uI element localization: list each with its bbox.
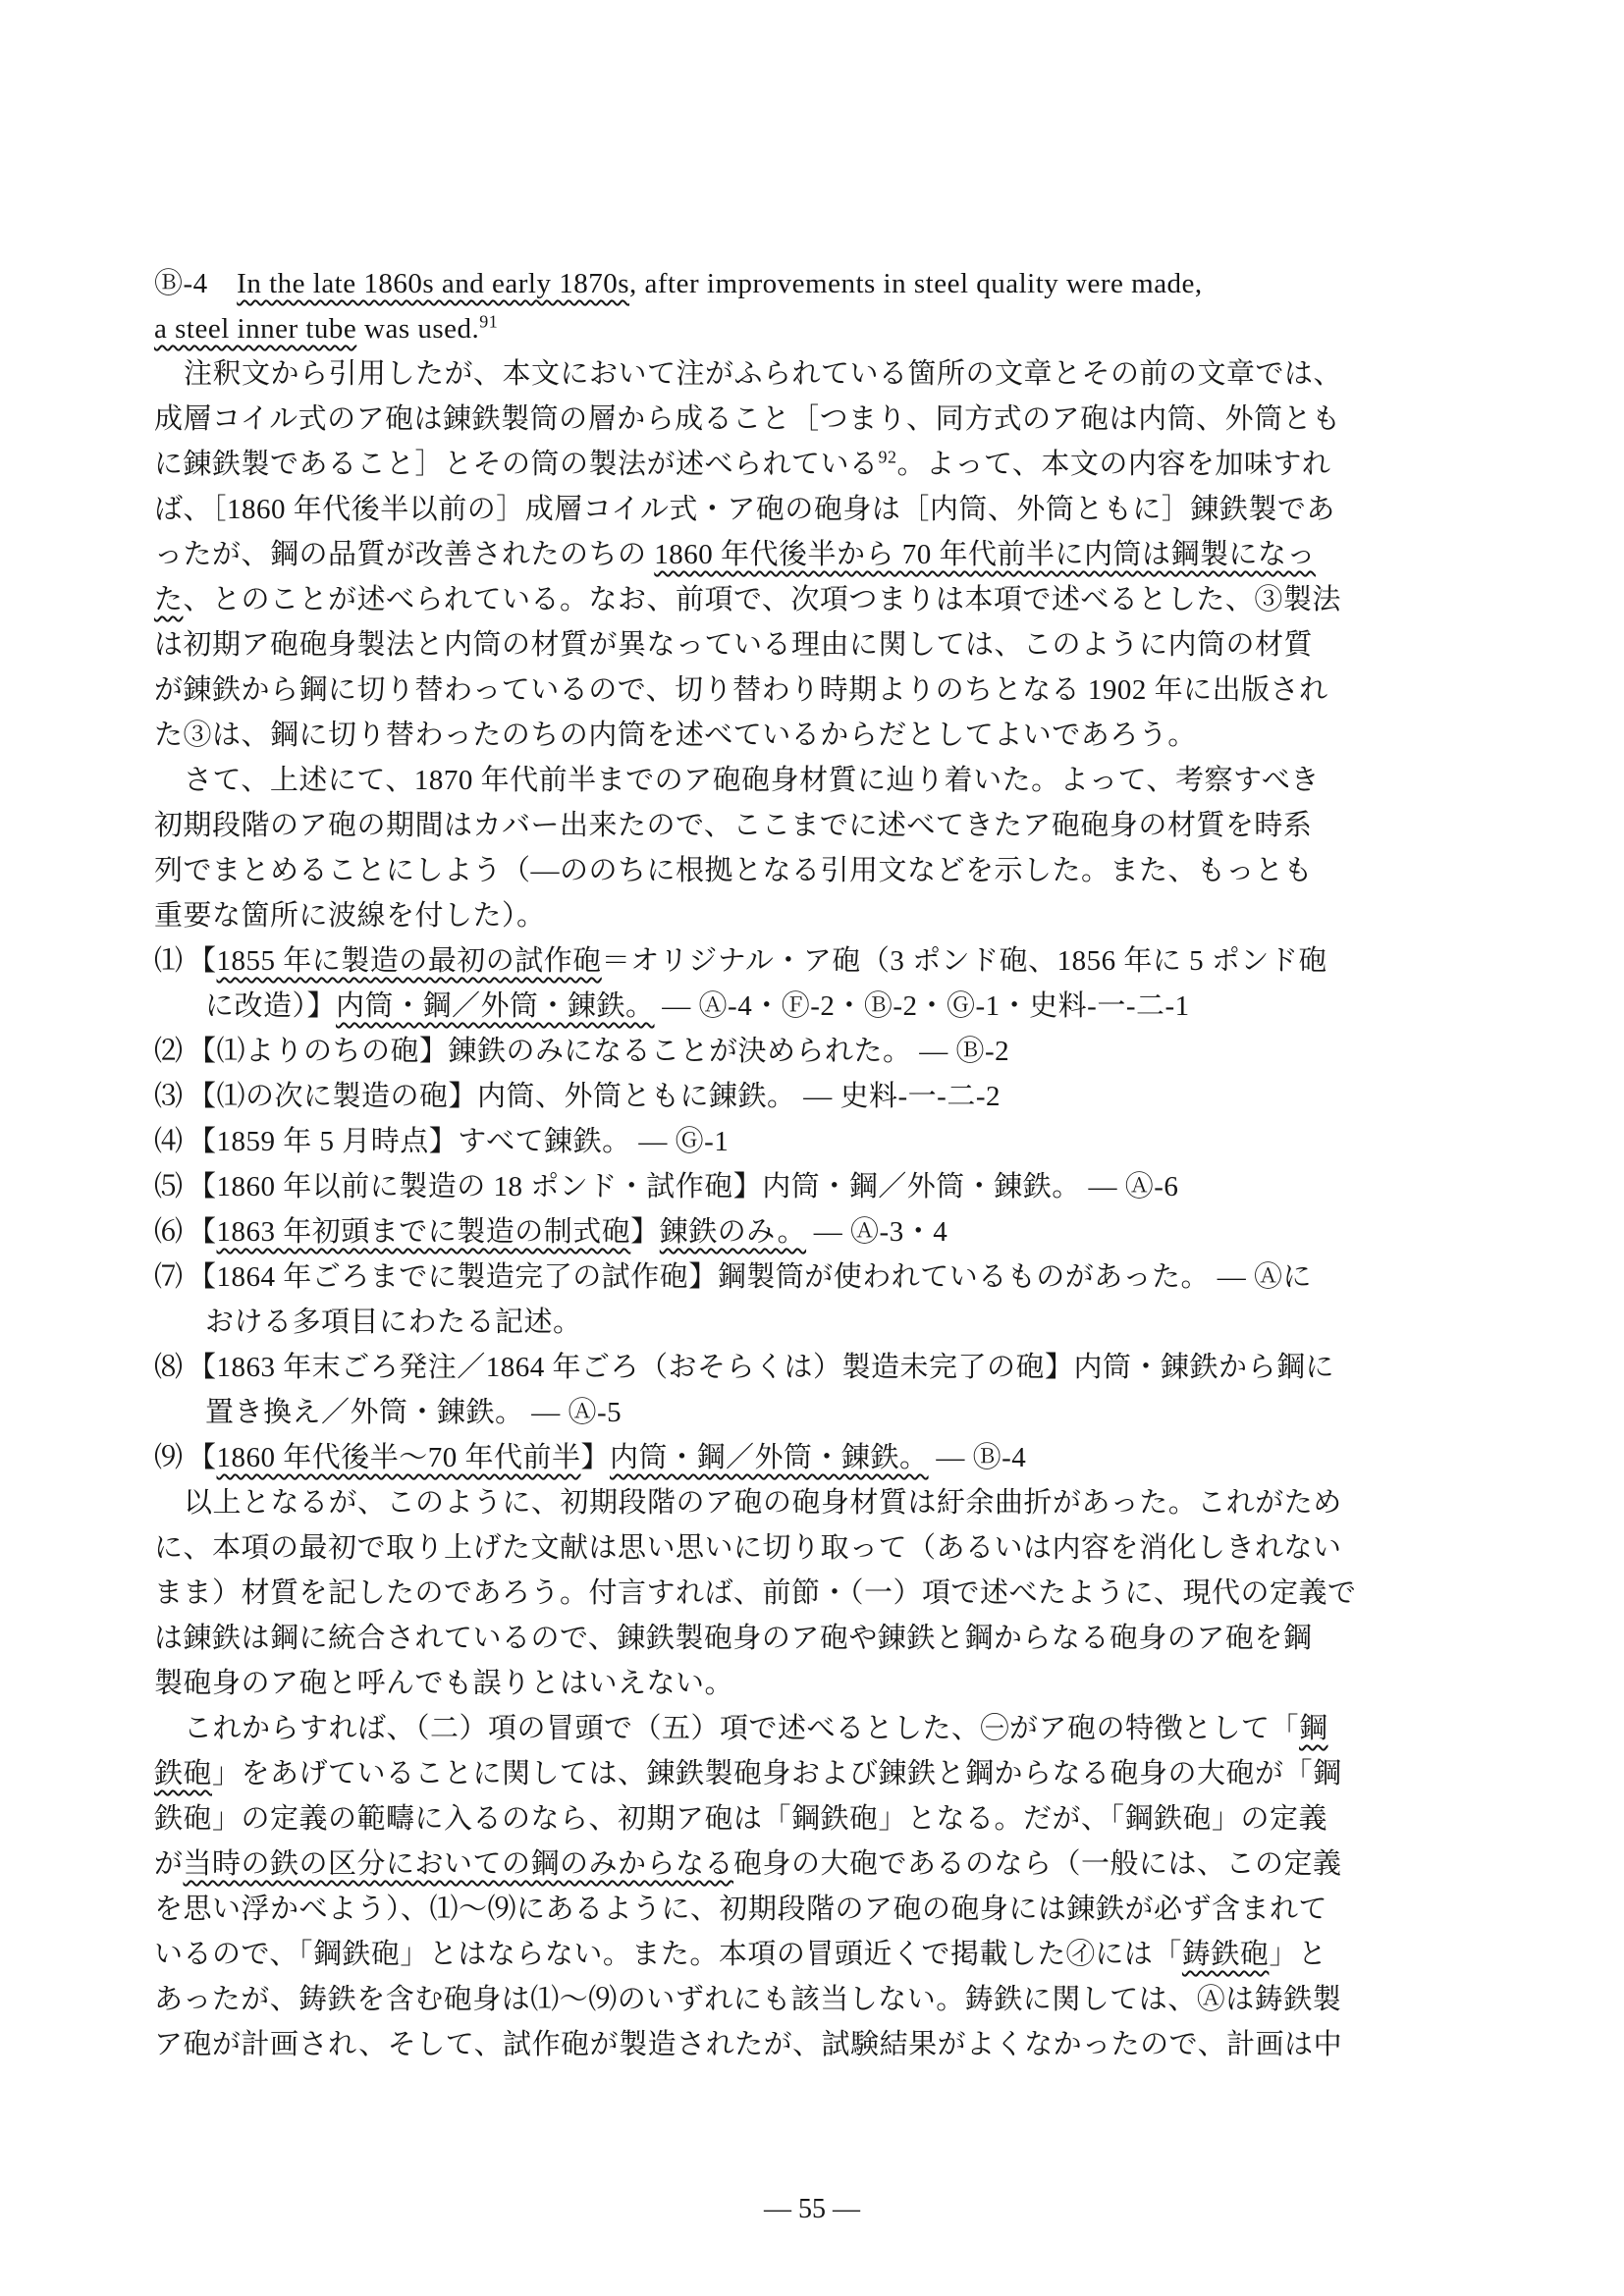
text-segment: これからすれば、（二）項の冒頭で（五）項で述べるとした、㊀がア砲の特徴として「 xyxy=(184,1713,1299,1744)
wavy-underlined-text: 錬鉄のみ。 xyxy=(660,1216,806,1248)
text-segment: 。よって、本文の内容を加味すれ xyxy=(896,449,1330,480)
text-line: を思い浮かべよう）、⑴～⑼にあるように、初期段階のア砲の砲身には錬鉄が必ず含まれ… xyxy=(154,1887,1489,1932)
wavy-underlined-text: In the late 1860s and early 1870s xyxy=(237,268,629,299)
text-segment: が錬鉄から鋼に切り替わっているので、切り替わり時期よりのちとなる 1902 年に… xyxy=(154,674,1328,706)
text-line: 置き換え／外筒・錬鉄。 ― Ⓐ-5 xyxy=(154,1390,1489,1435)
text-segment: 【 xyxy=(188,1216,217,1248)
text-segment: ― Ⓑ-4 xyxy=(929,1442,1027,1473)
text-segment: Ⓑ-4 xyxy=(154,268,237,299)
text-segment: が xyxy=(154,1848,184,1880)
text-segment: まま）材質を記したのであろう。付言すれば、前節・（一）項で述べたように、現代の定… xyxy=(154,1577,1357,1609)
list-item-number: ⑵ xyxy=(154,1029,188,1074)
text-segment: 【⑴よりのちの砲】錬鉄のみになることが決められた。 ― Ⓑ-2 xyxy=(188,1036,1009,1067)
list-item-number: ⑶ xyxy=(154,1074,188,1119)
text-segment: に錬鉄製であること］とその筒の製法が述べられている xyxy=(154,449,879,480)
wavy-underlined-text: 鋳鉄砲 xyxy=(1182,1939,1270,1970)
text-segment: あったが、鋳鉄を含む砲身は⑴～⑼のいずれにも該当しない。鋳鉄に関しては、Ⓐは鋳鉄… xyxy=(154,1984,1341,2015)
footnote-reference: 92 xyxy=(879,447,897,466)
list-item-number: ⑷ xyxy=(154,1119,188,1164)
text-segment: は初期ア砲砲身製法と内筒の材質が異なっている理由に関しては、このように内筒の材質 xyxy=(154,629,1313,661)
text-segment: 、とのことが述べられている。なお、前項で、次項つまりは本項で述べるとした、③製法 xyxy=(184,584,1341,615)
text-line: a steel inner tube was used.91 xyxy=(154,306,1489,351)
text-line: いるので、「鋼鉄砲」とはならない。また。本項の冒頭近くで掲載した㋑には「鋳鉄砲」… xyxy=(154,1932,1489,1977)
text-line: が錬鉄から鋼に切り替わっているので、切り替わり時期よりのちとなる 1902 年に… xyxy=(154,667,1489,713)
text-segment: 列でまとめることにしよう（―ののちに根拠となる引用文などを示した。また、もっとも xyxy=(154,855,1313,886)
text-segment: 【1864 年ごろまでに製造完了の試作砲】鋼製筒が使われているものがあった。 ―… xyxy=(188,1261,1312,1293)
text-segment: ア砲が計画され、そして、試作砲が製造されたが、試験結果がよくなかったので、計画は… xyxy=(154,2029,1342,2060)
document-page: Ⓑ-4 In the late 1860s and early 1870s, a… xyxy=(0,0,1624,2296)
text-line: に錬鉄製であること］とその筒の製法が述べられている92。よって、本文の内容を加味… xyxy=(154,442,1489,487)
text-line: 初期段階のア砲の期間はカバー出来たので、ここまでに述べてきたア砲砲身の材質を時系 xyxy=(154,803,1489,848)
text-segment: いるので、「鋼鉄砲」とはならない。また。本項の冒頭近くで掲載した㋑には「 xyxy=(154,1939,1182,1970)
list-item-line: ⑸【1860 年以前に製造の 18 ポンド・試作砲】内筒・鋼／外筒・錬鉄。 ― … xyxy=(154,1164,1489,1209)
text-segment: ＝オリジナル・ア砲（3 ポンド砲、1856 年に 5 ポンド砲 xyxy=(602,945,1327,977)
text-line: まま）材質を記したのであろう。付言すれば、前節・（一）項で述べたように、現代の定… xyxy=(154,1571,1489,1616)
document-body: Ⓑ-4 In the late 1860s and early 1870s, a… xyxy=(154,261,1489,2067)
text-segment: , after improvements in steel quality we… xyxy=(629,268,1203,299)
text-line: に改造）】内筒・鋼／外筒・錬鉄。 ― Ⓐ-4・Ⓕ-2・Ⓑ-2・Ⓖ-1・史料-一-… xyxy=(154,984,1489,1029)
text-line: は初期ア砲砲身製法と内筒の材質が異なっている理由に関しては、このように内筒の材質 xyxy=(154,622,1489,667)
list-item-number: ⑺ xyxy=(154,1255,188,1300)
text-line: 注釈文から引用したが、本文において注がふられている箇所の文章とその前の文章では、 xyxy=(154,351,1489,397)
text-segment: 砲身の大砲であるのなら（一般には、この定義 xyxy=(733,1848,1342,1880)
text-segment: 鉄砲」の定義の範疇に入るのなら、初期ア砲は「鋼鉄砲」となる。だが、「鋼鉄砲」の定… xyxy=(154,1803,1327,1835)
text-segment: 【1863 年末ごろ発注／1864 年ごろ（おそらくは）製造未完了の砲】内筒・錬… xyxy=(188,1352,1334,1383)
text-line: は錬鉄は鋼に統合されているので、錬鉄製砲身のア砲や錬鉄と鋼からなる砲身のア砲を鋼 xyxy=(154,1616,1489,1661)
text-line: これからすれば、（二）項の冒頭で（五）項で述べるとした、㊀がア砲の特徴として「鋼 xyxy=(154,1706,1489,1751)
list-item-number: ⑴ xyxy=(154,938,188,984)
text-segment: was used. xyxy=(356,313,479,345)
text-segment: 【1859 年 5 月時点】すべて錬鉄。 ― Ⓖ-1 xyxy=(188,1126,729,1157)
text-segment: 【1860 年以前に製造の 18 ポンド・試作砲】内筒・鋼／外筒・錬鉄。 ― Ⓐ… xyxy=(188,1171,1178,1202)
text-segment: 注釈文から引用したが、本文において注がふられている箇所の文章とその前の文章では、 xyxy=(184,358,1342,390)
wavy-underlined-text: た xyxy=(154,584,184,615)
wavy-underlined-text: a steel inner tube xyxy=(154,313,356,345)
wavy-underlined-text: 1855 年に製造の最初の試作砲 xyxy=(217,945,602,977)
wavy-underlined-text: 当時の鉄の区分においての鋼のみからなる xyxy=(184,1848,734,1880)
list-item-line: ⑷【1859 年 5 月時点】すべて錬鉄。 ― Ⓖ-1 xyxy=(154,1119,1489,1164)
text-segment: 」をあげていることに関しては、錬鉄製砲身および錬鉄と鋼からなる砲身の大砲が「鋼 xyxy=(212,1758,1342,1789)
text-segment: おける多項目にわたる記述。 xyxy=(205,1307,582,1338)
text-segment: 】 xyxy=(581,1442,611,1473)
text-segment: は錬鉄は鋼に統合されているので、錬鉄製砲身のア砲や錬鉄と鋼からなる砲身のア砲を鋼 xyxy=(154,1623,1312,1654)
text-segment: 」と xyxy=(1269,1939,1326,1970)
list-item-line: ⑶【⑴の次に製造の砲】内筒、外筒ともに錬鉄。 ― 史料-一-二-2 xyxy=(154,1074,1489,1119)
wavy-underlined-text: 1860 年代後半～70 年代前半 xyxy=(217,1442,581,1473)
text-line: に、本項の最初で取り上げた文献は思い思いに切り取って（あるいは内容を消化しきれな… xyxy=(154,1525,1489,1571)
wavy-underlined-text: 内筒・鋼／外筒・錬鉄。 xyxy=(336,990,655,1022)
text-line: 鉄砲」をあげていることに関しては、錬鉄製砲身および錬鉄と鋼からなる砲身の大砲が「… xyxy=(154,1751,1489,1796)
list-item-number: ⑸ xyxy=(154,1164,188,1209)
text-line: た③は、鋼に切り替わったのちの内筒を述べているからだとしてよいであろう。 xyxy=(154,713,1489,758)
wavy-underlined-text: 鉄砲 xyxy=(154,1758,212,1789)
text-line: た、とのことが述べられている。なお、前項で、次項つまりは本項で述べるとした、③製… xyxy=(154,577,1489,622)
text-segment: 製砲身のア砲と呼んでも誤りとはいえない。 xyxy=(154,1668,733,1699)
footnote-reference: 91 xyxy=(479,311,498,331)
text-segment: ば、［1860 年代後半以前の］成層コイル式・ア砲の砲身は［内筒、外筒ともに］錬… xyxy=(154,494,1335,525)
text-line: Ⓑ-4 In the late 1860s and early 1870s, a… xyxy=(154,261,1489,306)
list-item-line: ⑹【1863 年初頭までに製造の制式砲】錬鉄のみ。 ― Ⓐ-3・4 xyxy=(154,1209,1489,1255)
text-segment: 【 xyxy=(188,1442,217,1473)
list-item-line: ⑺【1864 年ごろまでに製造完了の試作砲】鋼製筒が使われているものがあった。 … xyxy=(154,1255,1489,1300)
text-line: おける多項目にわたる記述。 xyxy=(154,1300,1489,1345)
text-line: ば、［1860 年代後半以前の］成層コイル式・ア砲の砲身は［内筒、外筒ともに］錬… xyxy=(154,487,1489,532)
text-line: 成層コイル式のア砲は錬鉄製筒の層から成ること［つまり、同方式のア砲は内筒、外筒と… xyxy=(154,397,1489,442)
list-item-number: ⑻ xyxy=(154,1345,188,1390)
wavy-underlined-text: 1860 年代後半から 70 年代前半に内筒は鋼製になっ xyxy=(654,539,1316,570)
text-segment: ったが、鋼の品質が改善されたのちの xyxy=(154,539,654,570)
list-item-line: ⑼【1860 年代後半～70 年代前半】内筒・鋼／外筒・錬鉄。 ― Ⓑ-4 xyxy=(154,1435,1489,1480)
text-segment: 】 xyxy=(630,1216,660,1248)
text-line: ア砲が計画され、そして、試作砲が製造されたが、試験結果がよくなかったので、計画は… xyxy=(154,2022,1489,2067)
text-segment: 【⑴の次に製造の砲】内筒、外筒ともに錬鉄。 ― 史料-一-二-2 xyxy=(188,1081,1001,1112)
page-number: ― 55 ― xyxy=(0,2187,1624,2232)
wavy-underlined-text: 鋼 xyxy=(1299,1713,1328,1744)
text-line: 以上となるが、このように、初期段階のア砲の砲身材質は紆余曲折があった。これがため xyxy=(154,1480,1489,1525)
text-segment: た③は、鋼に切り替わったのちの内筒を述べているからだとしてよいであろう。 xyxy=(154,720,1197,751)
text-segment: 成層コイル式のア砲は錬鉄製筒の層から成ること［つまり、同方式のア砲は内筒、外筒と… xyxy=(154,403,1341,435)
list-item-line: ⑻【1863 年末ごろ発注／1864 年ごろ（おそらくは）製造未完了の砲】内筒・… xyxy=(154,1345,1489,1390)
text-line: が当時の鉄の区分においての鋼のみからなる砲身の大砲であるのなら（一般には、この定… xyxy=(154,1842,1489,1887)
text-line: 重要な箇所に波線を付した）。 xyxy=(154,893,1489,938)
text-segment: さて、上述にて、1870 年代前半までのア砲砲身材質に辿り着いた。よって、考察す… xyxy=(184,765,1320,796)
list-item-line: ⑵【⑴よりのちの砲】錬鉄のみになることが決められた。 ― Ⓑ-2 xyxy=(154,1029,1489,1074)
list-item-line: ⑴【1855 年に製造の最初の試作砲＝オリジナル・ア砲（3 ポンド砲、1856 … xyxy=(154,938,1489,984)
wavy-underlined-text: 内筒・鋼／外筒・錬鉄。 xyxy=(610,1442,929,1473)
text-segment: ― Ⓐ-3・4 xyxy=(806,1216,947,1248)
text-segment: ― Ⓐ-4・Ⓕ-2・Ⓑ-2・Ⓖ-1・史料-一-二-1 xyxy=(655,990,1190,1022)
text-line: 列でまとめることにしよう（―ののちに根拠となる引用文などを示した。また、もっとも xyxy=(154,848,1489,893)
list-item-number: ⑹ xyxy=(154,1209,188,1255)
text-line: あったが、鋳鉄を含む砲身は⑴～⑼のいずれにも該当しない。鋳鉄に関しては、Ⓐは鋳鉄… xyxy=(154,1977,1489,2022)
text-segment: 【 xyxy=(188,945,217,977)
wavy-underlined-text: 1863 年初頭までに製造の制式砲 xyxy=(217,1216,631,1248)
text-segment: 以上となるが、このように、初期段階のア砲の砲身材質は紆余曲折があった。これがため xyxy=(184,1487,1342,1519)
list-item-number: ⑼ xyxy=(154,1435,188,1480)
text-segment: 重要な箇所に波線を付した）。 xyxy=(154,900,546,932)
text-line: 鉄砲」の定義の範疇に入るのなら、初期ア砲は「鋼鉄砲」となる。だが、「鋼鉄砲」の定… xyxy=(154,1796,1489,1842)
text-segment: を思い浮かべよう）、⑴～⑼にあるように、初期段階のア砲の砲身には錬鉄が必ず含まれ… xyxy=(154,1894,1327,1925)
text-segment: 置き換え／外筒・錬鉄。 ― Ⓐ-5 xyxy=(205,1397,622,1428)
text-segment: に改造）】 xyxy=(205,990,336,1022)
text-line: さて、上述にて、1870 年代前半までのア砲砲身材質に辿り着いた。よって、考察す… xyxy=(154,758,1489,803)
text-line: 製砲身のア砲と呼んでも誤りとはいえない。 xyxy=(154,1661,1489,1706)
text-segment: に、本項の最初で取り上げた文献は思い思いに切り取って（あるいは内容を消化しきれな… xyxy=(154,1532,1342,1564)
text-segment: 初期段階のア砲の期間はカバー出来たので、ここまでに述べてきたア砲砲身の材質を時系 xyxy=(154,810,1312,841)
text-line: ったが、鋼の品質が改善されたのちの 1860 年代後半から 70 年代前半に内筒… xyxy=(154,532,1489,577)
